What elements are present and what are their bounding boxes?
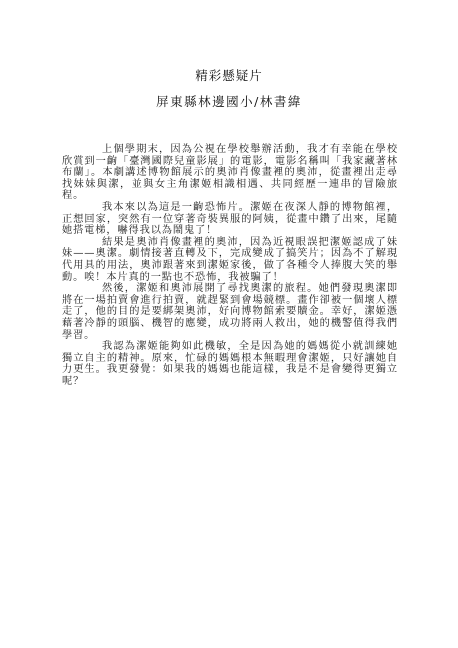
paragraph-2: 我本來以為這是一齣恐怖片。潔姬在夜深人靜的博物館裡，正想回家，突然有一位穿著奇裝…	[62, 202, 398, 237]
document-title: 精彩懸疑片	[0, 66, 458, 84]
paragraph-4: 然後，潔姬和奧沛展開了尋找奧潔的旅程。她們發現奧潔即將在一場拍賣會進行拍賣，就趕…	[62, 283, 398, 341]
document-page: 精彩懸疑片 屏東縣林邊國小/林書緯 上個學期末，因為公視在學校舉辦活動，我才有幸…	[0, 0, 458, 648]
paragraph-3: 結果是奧沛肖像畫裡的奧沛，因為近視眼誤把潔姬認成了妹妹——奧潔。劇情接著直轉及下…	[62, 237, 398, 283]
paragraph-1: 上個學期末，因為公視在學校舉辦活動，我才有幸能在學校欣賞到一齣「臺灣國際兒童影展…	[62, 144, 398, 202]
document-body: 上個學期末，因為公視在學校舉辦活動，我才有幸能在學校欣賞到一齣「臺灣國際兒童影展…	[62, 144, 398, 387]
paragraph-5: 我認為潔姬能夠如此機敏，全是因為她的媽媽從小就訓練她獨立自主的精神。原來，忙碌的…	[62, 341, 398, 387]
author-line: 屏東縣林邊國小/林書緯	[0, 92, 458, 110]
